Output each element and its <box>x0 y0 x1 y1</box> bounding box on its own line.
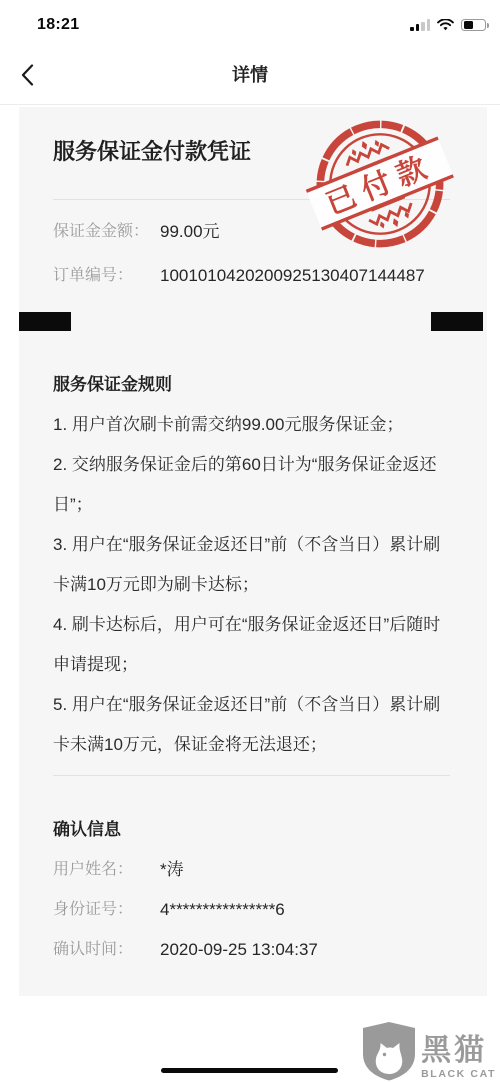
chevron-left-icon <box>21 64 34 86</box>
confirm-time-label: 确认时间： <box>53 930 160 970</box>
confirm-time-value: 2020-09-25 13:04:37 <box>160 930 436 970</box>
watermark-en-label: BLACK CAT <box>421 1068 496 1080</box>
rules-section: 服务保证金规则 1. 用户首次刷卡前需交纳99.00元服务保证金； 2. 交纳服… <box>53 365 450 765</box>
page-title: 详情 <box>232 61 268 87</box>
user-name-value: *涛 <box>160 850 436 890</box>
cellular-signal-icon <box>410 19 430 31</box>
rule-item-3: 3. 用户在“服务保证金返还日”前（不含当日）累计刷卡满10万元即为刷卡达标； <box>53 525 450 605</box>
watermark-cn-label: 黑猫 <box>421 1036 487 1066</box>
redacted-row <box>19 312 483 331</box>
id-number-row: 身份证号： 4****************6 <box>53 890 450 930</box>
redacted-bar-right <box>431 312 483 331</box>
deposit-amount-row: 保证金金额： 99.00元 <box>53 210 450 254</box>
voucher-title: 服务保证金付款凭证 <box>53 137 450 167</box>
redacted-bar-left <box>19 312 71 331</box>
title-divider <box>53 199 450 200</box>
black-cat-shield-icon <box>361 1021 417 1081</box>
user-name-row: 用户姓名： *涛 <box>53 850 450 890</box>
battery-icon <box>461 19 486 32</box>
id-number-value: 4****************6 <box>160 890 436 930</box>
rules-heading: 服务保证金规则 <box>53 365 450 405</box>
status-bar: 18:21 <box>0 0 500 44</box>
clock: 18:21 <box>37 16 79 34</box>
voucher-card: 服务保证金付款凭证 已付款 保证金金额： <box>19 107 487 996</box>
nav-bar: 详情 <box>0 44 500 105</box>
order-number-value: 1001010420200925130407144487 <box>160 254 436 298</box>
rules-divider <box>53 775 450 776</box>
rule-item-4: 4. 刷卡达标后，用户可在“服务保证金返还日”后随时申请提现； <box>53 605 450 685</box>
confirm-heading: 确认信息 <box>53 810 450 850</box>
order-number-row: 订单编号： 1001010420200925130407144487 <box>53 254 450 298</box>
home-indicator[interactable] <box>161 1068 338 1074</box>
back-button[interactable] <box>10 58 44 92</box>
rule-item-5: 5. 用户在“服务保证金返还日”前（不含当日）累计刷卡未满10万元，保证金将无法… <box>53 685 450 765</box>
user-name-label: 用户姓名： <box>53 850 160 890</box>
deposit-amount-value: 99.00元 <box>160 210 436 254</box>
rule-item-1: 1. 用户首次刷卡前需交纳99.00元服务保证金； <box>53 405 450 445</box>
order-number-label: 订单编号： <box>53 254 160 298</box>
black-cat-watermark: 黑猫 BLACK CAT <box>361 1021 496 1081</box>
id-number-label: 身份证号： <box>53 890 160 930</box>
deposit-amount-label: 保证金金额： <box>53 210 160 254</box>
rule-item-2: 2. 交纳服务保证金后的第60日计为“服务保证金返还日”； <box>53 445 450 525</box>
confirm-time-row: 确认时间： 2020-09-25 13:04:37 <box>53 930 450 970</box>
wifi-icon <box>437 19 454 32</box>
